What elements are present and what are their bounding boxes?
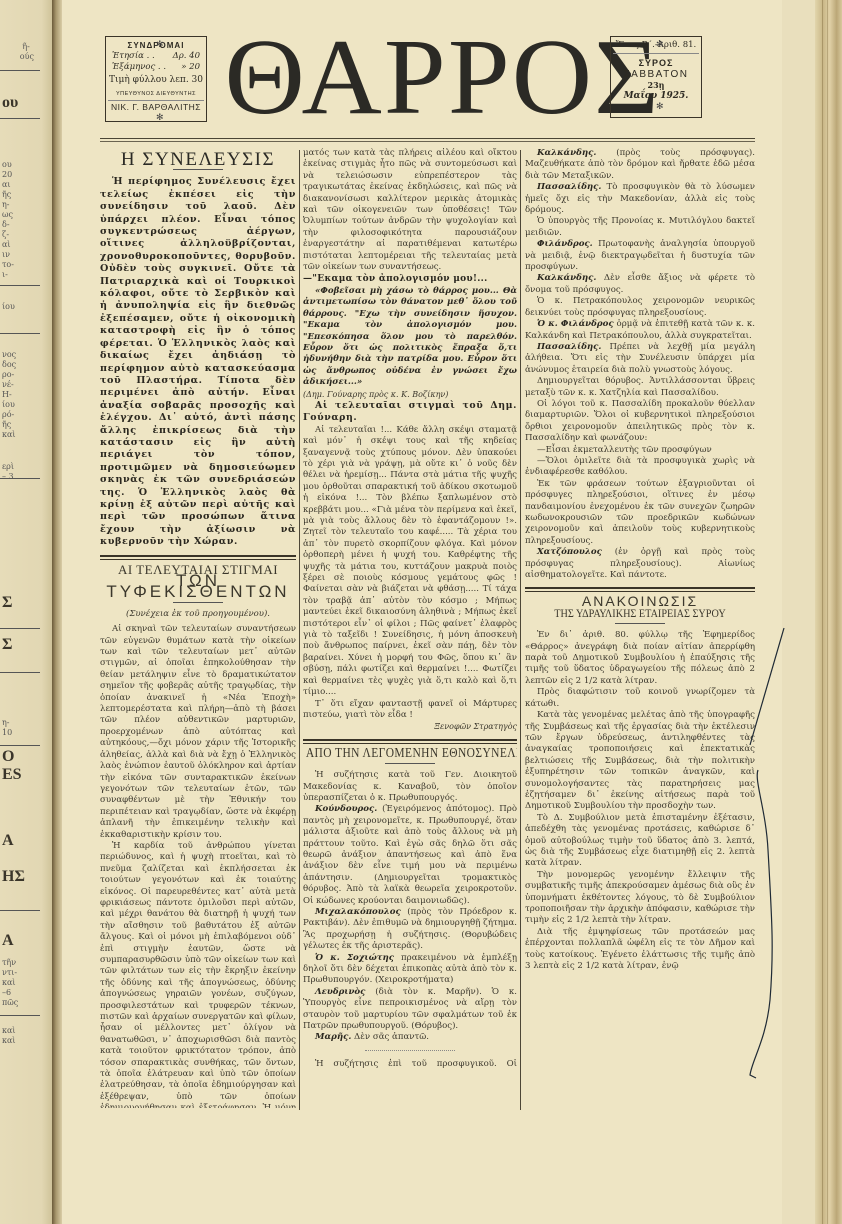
- year-issue-number: Ἔτος Β΄.-Ἀριθ. 81.: [613, 40, 699, 54]
- article-paragraph: Διὰ τῆς ἐμψηφίσεως τῶν προτάσεών μας ἐπέ…: [525, 927, 755, 973]
- exchange: Δημιουργεῖται θόρυβος. Ἀντιλλάσσονται ὕβ…: [525, 376, 755, 399]
- previous-page-text-fragment: Σ: [2, 598, 12, 608]
- exchange: Φιλάνδρος. Πρωτοφανὴς ἀναλγησία ὑπουργοῦ…: [525, 239, 755, 273]
- issue-date-day: 23ῃ: [613, 80, 699, 91]
- article-paragraph: Αἱ σκηναὶ τῶν τελευταίων συναντήσεων τῶν…: [100, 624, 296, 841]
- previous-page-text-fragment: ίου: [2, 302, 15, 312]
- article-paragraph: Πρὸς διαφώτισιν τοῦ κοινοῦ γνωρίζομεν τὰ…: [525, 687, 755, 710]
- quote-attribution: (Δημ. Γούναρης πρὸς κ. Κ. Βοζίκην): [303, 389, 517, 400]
- previous-page-text-fragment: ου: [2, 98, 18, 108]
- editor-name: ΝΙΚ. Γ. ΒΑΡΘΑΛΙΤΗΣ: [108, 100, 204, 113]
- subscriptions-box: ΣΥΝΔΡΟΜΑΙ Ἐτησία . . Δρ. 40 Ἑξάμηνος . .…: [105, 36, 207, 122]
- headline-synelefsis: Η ΣΥΝΕΛΕΥΣΙΣ: [100, 154, 296, 165]
- speaker-name: Ὁ κ. Φιλάνδρος: [537, 319, 614, 329]
- previous-page-rule: [0, 745, 40, 746]
- speech-text: Ἐκ τῶν φράσεων τούτων ἐξαγριοῦνται οἱ πρ…: [525, 479, 755, 546]
- article-paragraph: Ἡ συζήτησις κατὰ τοῦ Γεν. Διοικητοῦ Μακε…: [303, 770, 517, 804]
- column-rule: [299, 150, 300, 1110]
- speaker-name: Μαρῆς.: [315, 1032, 351, 1042]
- subscription-row-annual: Ἐτησία . . Δρ. 40: [108, 51, 204, 62]
- previous-page-rule: [0, 910, 40, 911]
- headline-rule: [615, 623, 665, 624]
- article-paragraph: Τ᾽ ὅτι εἴχαν φανταστῇ φανεῖ οἱ Μάρτυρες …: [303, 699, 517, 722]
- previous-page-text-fragment: ῆ- ούς: [2, 42, 34, 62]
- exchange: Χατζόπουλος (ἐν ὀργῇ καὶ πρὸς τοὺς πρόσφ…: [525, 547, 755, 581]
- speech-text: —Ὅλοι ὁμιλεῖτε διὰ τὰ προσφυγικὰ χωρὶς ν…: [525, 456, 755, 477]
- article-continuation: ματός των κατὰ τὰς πλήρεις αἰλέου καὶ οἴ…: [303, 148, 517, 273]
- speaker-name: Φιλάνδρος.: [537, 239, 593, 249]
- stacked-pages-edge: [815, 0, 842, 1224]
- speaker-name: Χατζόπουλος: [537, 547, 602, 557]
- article-paragraph: Τὸ Δ. Συμβούλιον μετὰ ἐπισταμένην ἐξέτασ…: [525, 813, 755, 870]
- article-body-synelefsis: Ἡ περίφημος Συνέλευσις ἔχει τελείως ἐκπέ…: [100, 176, 296, 548]
- speech-text: —Εἶσαι ἐκμεταλλευτὴς τῶν προσφύγων: [537, 445, 712, 455]
- previous-page-text-fragment: A: [2, 836, 14, 846]
- speaker-name: Ὁ κ. Σοχιώτης: [315, 953, 394, 963]
- subscription-row-semiannual: Ἑξάμηνος . . » 20: [108, 62, 204, 73]
- speaker-name: Πασσαλίδης.: [537, 182, 601, 192]
- exchange: Ὁ κ. Σοχιώτης πρακειμένου νὰ ἐμπλέξῃ δηλ…: [303, 953, 517, 987]
- gounaris-quote: «Φοβεῖσαι μὴ χάσω τὸ θάρρος μου... Θὰ ἀν…: [303, 286, 517, 389]
- section-divider: [365, 1050, 455, 1051]
- subscription-label: Ἐτησία . .: [112, 51, 155, 62]
- previous-page-rule: [0, 333, 40, 334]
- quote-title: —"Εκαμα τὸν ἀπολογισμόν μου!...: [303, 273, 517, 285]
- previous-page-rule: [0, 118, 40, 119]
- subscription-value: Δρ. 40: [173, 51, 200, 62]
- previous-page-text-fragment: ου 20 αι ῆς η- ως δ- ζ- αὶ ιν το- ι-: [2, 160, 14, 280]
- column-1: Η ΣΥΝΕΛΕΥΣΙΣ Ἡ περίφημος Συνέλευσις ἔχει…: [100, 148, 296, 1108]
- speaker-name: Κούνδουρος.: [315, 804, 377, 814]
- exchange: —Ὅλοι ὁμιλεῖτε διὰ τὰ προσφυγικὰ χωρὶς ν…: [525, 456, 755, 479]
- exchange: Ὁ ὑπουργὸς τῆς Προνοίας κ. Μυτιλόγλου δα…: [525, 216, 755, 239]
- previous-page-rule: [0, 70, 40, 71]
- previous-page-text-fragment: καὶ καὶ: [2, 1026, 16, 1046]
- column-2: ματός των κατὰ τὰς πλήρεις αἰλέου καὶ οἴ…: [303, 148, 517, 1068]
- previous-page-text-fragment: ΗΣ: [2, 872, 25, 882]
- masthead-rule: [100, 138, 755, 142]
- previous-page-text-fragment: η- 10: [2, 718, 12, 738]
- previous-page-text-fragment: Σ: [2, 640, 12, 650]
- headline-announcement-line2: ΤΗΣ ΥΔΡΑΥΛΙΚΗΣ ΕΤΑΙΡΕΙΑΣ ΣΥΡΟΥ: [530, 608, 751, 619]
- previous-page-text-fragment: O: [2, 752, 14, 762]
- subscription-value: » 20: [181, 62, 200, 73]
- previous-page-text-fragment: νος δος ρο- νέ- Η- ίου ρό- ῆς καὶ: [2, 350, 16, 440]
- article-paragraph: Ἡ συζήτησις ἐπὶ τοῦ προσφυγικοῦ. Οἱ πρόσ…: [303, 1059, 517, 1068]
- speech-text: Ὁ ὑπουργὸς τῆς Προνοίας κ. Μυτιλόγλου δα…: [525, 216, 755, 237]
- speech-text: Οἱ λόγοι τοῦ κ. Πασσαλίδη προκαλοῦν θύελ…: [525, 399, 755, 443]
- exchange: Καλκάνδης. (πρὸς τοὺς πρόσφυγας). Μαζευθ…: [525, 148, 755, 182]
- exchange: Οἱ λόγοι τοῦ κ. Πασσαλίδη προκαλοῦν θύελ…: [525, 399, 755, 445]
- previous-page-rule: [0, 285, 40, 286]
- issue-info-box: Ἔτος Β΄.-Ἀριθ. 81. ΣΥΡΟΣ ΣΑΒΒΑΤΟΝ 23ῃ Μα…: [610, 36, 702, 118]
- exchange: Πασσαλίδης. Πρέπει νὰ λεχθῇ μία μεγάλη ἀ…: [525, 342, 755, 376]
- speech-text: (Ἐγειρόμενος ἀπότομος). Πρὸ παντὸς μὴ χε…: [303, 804, 517, 905]
- article-paragraph: Κατὰ τὰς γενομένας μελέτας ἀπὸ τῆς ὑπογρ…: [525, 710, 755, 813]
- masthead: ΣΥΝΔΡΟΜΑΙ Ἐτησία . . Δρ. 40 Ἑξάμηνος . .…: [100, 26, 750, 138]
- editor-role: ΥΠΕΥΘΥΝΟΣ ΔΙΕΥΘΥΝΤΗΣ: [108, 89, 204, 100]
- speaker-name: Καλκάνδης.: [537, 273, 596, 283]
- section-title-gounaris: Αἱ τελευταῖαι στιγμαὶ τοῦ Δημ. Γούναρη.: [303, 400, 517, 425]
- newspaper-title: ΘΑΡΡΟΣ: [224, 18, 605, 138]
- previous-page-rule: [0, 628, 40, 629]
- speaker-name: Καλκάνδης.: [537, 148, 596, 158]
- pencil-mark-annotation: [748, 620, 788, 1090]
- previous-page-text-fragment: ερὶ – 3: [2, 462, 14, 482]
- exchange: Ἐκ τῶν φράσεων τούτων ἐξαγριοῦνται οἱ πρ…: [525, 479, 755, 547]
- article-separator: [525, 587, 755, 592]
- speaker-name: Μιχαλακόπουλος: [315, 907, 401, 917]
- exchange: Ὁ κ. Πετρακόπουλος χειρονομῶν νευρικῶς δ…: [525, 296, 755, 319]
- issue-date-month-year: Μαΐου 1925.: [613, 91, 699, 102]
- page-edge-lines: [822, 0, 828, 1224]
- speech-text: Ὁ κ. Πετρακόπουλος χειρονομῶν νευρικῶς δ…: [525, 296, 755, 317]
- speech-text: Δημιουργεῖται θόρυβος. Ἀντιλλάσσονται ὕβ…: [525, 376, 755, 397]
- binding-gutter: [52, 0, 62, 1224]
- previous-page-edge: ῆ- ούςουου 20 αι ῆς η- ως δ- ζ- αὶ ιν το…: [0, 0, 52, 1224]
- previous-page-rule: [0, 478, 40, 479]
- speaker-name: Πασσαλίδης.: [537, 342, 601, 352]
- exchange: Καλκάνδης. Δὲν εἶσθε ἄξιος νὰ φέρετε τὸ …: [525, 273, 755, 296]
- headline-rule: [173, 602, 223, 603]
- speaker-name: Λευδρινὸς: [315, 987, 365, 997]
- article-paragraph: Ἐν δι᾽ ἀριθ. 80. φύλλῳ τῆς Ἐφημερίδος «Θ…: [525, 630, 755, 687]
- article-paragraph: Ἡ καρδία τοῦ ἀνθρώπου γίνεται περιώδυνος…: [100, 841, 296, 1108]
- article-paragraph: Αἱ τελευταῖαι !... Κάθε ἄλλη σκέψι σταμα…: [303, 425, 517, 699]
- article-paragraph: Τὴν μονομερῶς γενομένην ἔλλειψιν τῆς συμ…: [525, 870, 755, 927]
- issue-place: ΣΥΡΟΣ: [613, 58, 699, 69]
- subscriptions-heading: ΣΥΝΔΡΟΜΑΙ: [108, 40, 204, 51]
- author-signature: Ξενοφῶν Στρατηγὸς: [303, 721, 517, 732]
- article-separator: [100, 555, 296, 560]
- column-3: Καλκάνδης. (πρὸς τοὺς πρόσφυγας). Μαζευθ…: [525, 148, 755, 1028]
- issue-day: ΣΑΒΒΑΤΟΝ: [613, 69, 699, 80]
- previous-page-text-fragment: A: [2, 936, 14, 946]
- previous-page-rule: [0, 672, 40, 673]
- subscription-label: Ἑξάμηνος . .: [112, 62, 166, 73]
- exchange: Λευδρινὸς (διὰ τὸν κ. Μαρῆν). Ὁ κ. Ὑπουρ…: [303, 987, 517, 1033]
- headline-teleftaiai-line2: ΤΩΝ ΤΥΦΕΚΙΣΘΕΝΤΩΝ: [100, 575, 296, 598]
- headline-ethnosynelefsis: ΑΠΟ ΤΗΝ ΛΕΓΟΜΕΝΗΝ ΕΘΝΟΣΥΝΕΛΕΥΣΙΝ: [306, 748, 514, 759]
- exchange: Ὁ κ. Φιλάνδρος ὁρμᾷ νὰ ἐπιτεθῇ κατὰ τῶν …: [525, 319, 755, 342]
- exchange: Κούνδουρος. (Ἐγειρόμενος ἀπότομος). Πρὸ …: [303, 804, 517, 907]
- continued-note: (Συνέχεια ἐκ τοῦ προηγουμένου).: [100, 609, 296, 620]
- single-issue-price: Τιμὴ φύλλου λεπ. 30: [108, 75, 204, 86]
- exchange: Μαρῆς. Δὲν σᾶς ἀπαντῶ.: [303, 1032, 517, 1043]
- previous-page-rule: [0, 1015, 40, 1016]
- headline-rule: [385, 763, 435, 764]
- article-separator: [303, 739, 517, 744]
- speech-text: Δὲν σᾶς ἀπαντῶ.: [351, 1032, 429, 1042]
- previous-page-text-fragment: τῆν ντι- καὶ –6 πῶς: [2, 958, 18, 1008]
- column-rule: [520, 150, 521, 1110]
- exchange: Μιχαλακόπουλος (πρὸς τὸν Πρόεδρον κ. Ρακ…: [303, 907, 517, 953]
- exchange: Πασσαλίδης. Τὸ προσφυγικὸν θὰ τὸ λύσωμεν…: [525, 182, 755, 216]
- exchange: —Εἶσαι ἐκμεταλλευτὴς τῶν προσφύγων: [525, 445, 755, 456]
- previous-page-text-fragment: ES: [2, 770, 22, 780]
